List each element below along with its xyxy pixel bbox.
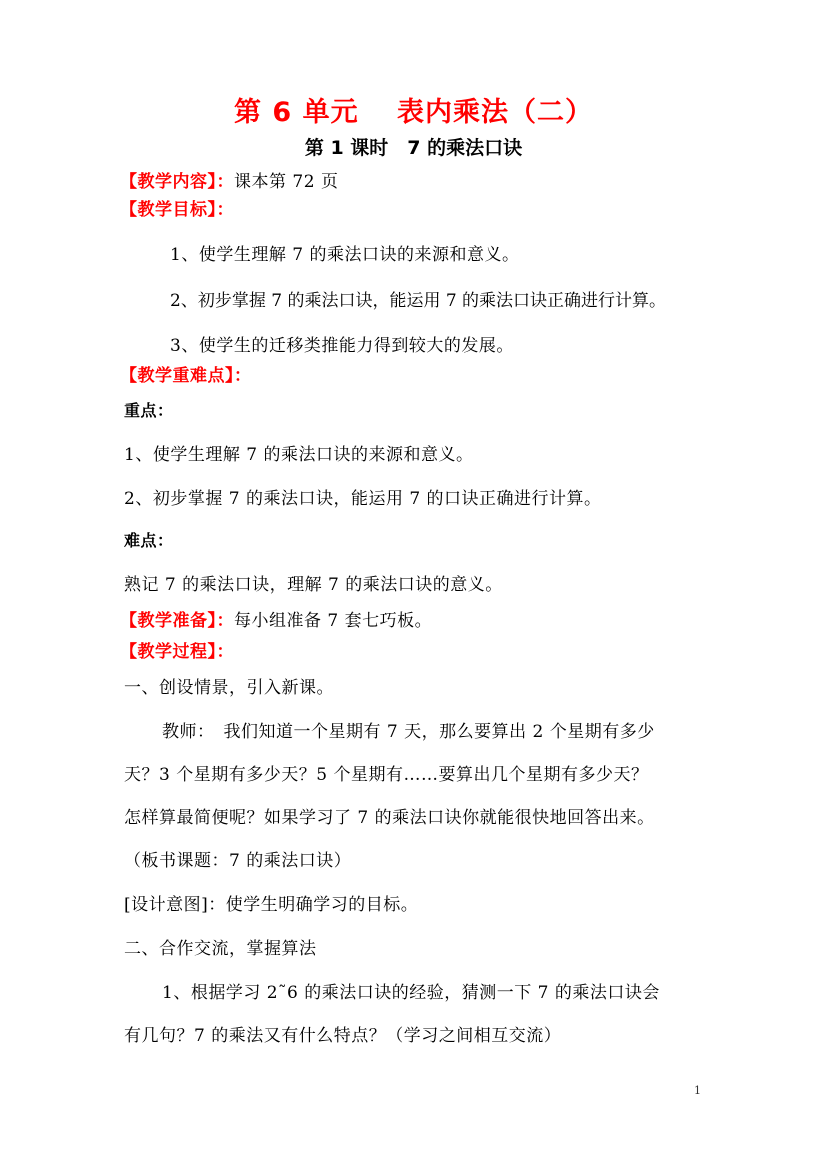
preparation-label: 【教学准备】：	[120, 611, 234, 631]
design-intent-line: [设计意图]：使学生明确学习的目标。	[124, 895, 418, 915]
difficult-point-item: 熟记 7 的乘法口诀，理解 7 的乘法口诀的意义。	[124, 575, 503, 595]
teaching-goals-label: 【教学目标】：	[120, 200, 234, 220]
key-points-heading: 重点：	[124, 401, 174, 421]
teaching-content-value: 课本第 72 页	[234, 172, 338, 192]
paragraph-line: 天？3 个星期有多少天？5 个星期有……要算出几个星期有多少天？	[124, 765, 648, 785]
teaching-content-label: 【教学内容】：	[120, 172, 234, 192]
key-point-item: 2、初步掌握 7 的乘法口诀，能运用 7 的口诀正确进行计算。	[124, 489, 602, 509]
preparation-value: 每小组准备 7 套七巧板。	[234, 611, 432, 631]
paragraph-line: （板书课题：7 的乘法口诀）	[124, 851, 351, 871]
document-page: 第 6 单元 表内乘法（二） 第 1 课时 7 的乘法口诀 【教学内容】：课本第…	[0, 0, 827, 1169]
process-row: 【教学过程】：	[120, 642, 234, 662]
paragraph-line: 教师： 我们知道一个星期有 7 天，那么要算出 2 个星期有多少	[162, 722, 655, 742]
section-heading: 二、合作交流，掌握算法	[124, 939, 317, 959]
paragraph-line: 1、根据学习 2˜6 的乘法口诀的经验，猜测一下 7 的乘法口诀会	[162, 983, 660, 1003]
key-difficult-row: 【教学重难点】：	[120, 366, 252, 386]
paragraph-line: 有几句？7 的乘法又有什么特点？（学习之间相互交流）	[124, 1026, 561, 1046]
difficult-points-heading: 难点：	[124, 531, 174, 551]
section-heading: 一、创设情景，引入新课。	[124, 678, 334, 698]
teaching-goals-row: 【教学目标】：	[120, 200, 234, 220]
key-point-item: 1、使学生理解 7 的乘法口诀的来源和意义。	[124, 445, 473, 465]
goal-item: 2、初步掌握 7 的乘法口诀，能运用 7 的乘法口诀正确进行计算。	[170, 291, 666, 311]
goal-item: 1、使学生理解 7 的乘法口诀的来源和意义。	[170, 245, 519, 265]
lesson-subtitle: 第 1 课时 7 的乘法口诀	[0, 136, 827, 160]
paragraph-line: 怎样算最简便呢？如果学习了 7 的乘法口诀你就能很快地回答出来。	[124, 808, 655, 828]
process-label: 【教学过程】：	[120, 642, 234, 662]
page-number: 1	[694, 1084, 701, 1098]
teaching-content-row: 【教学内容】：课本第 72 页	[120, 172, 338, 192]
goal-item: 3、使学生的迁移类推能力得到较大的发展。	[170, 336, 514, 356]
document-title: 第 6 单元 表内乘法（二）	[0, 96, 827, 130]
preparation-row: 【教学准备】：每小组准备 7 套七巧板。	[120, 611, 432, 631]
key-difficult-label: 【教学重难点】：	[120, 366, 252, 386]
